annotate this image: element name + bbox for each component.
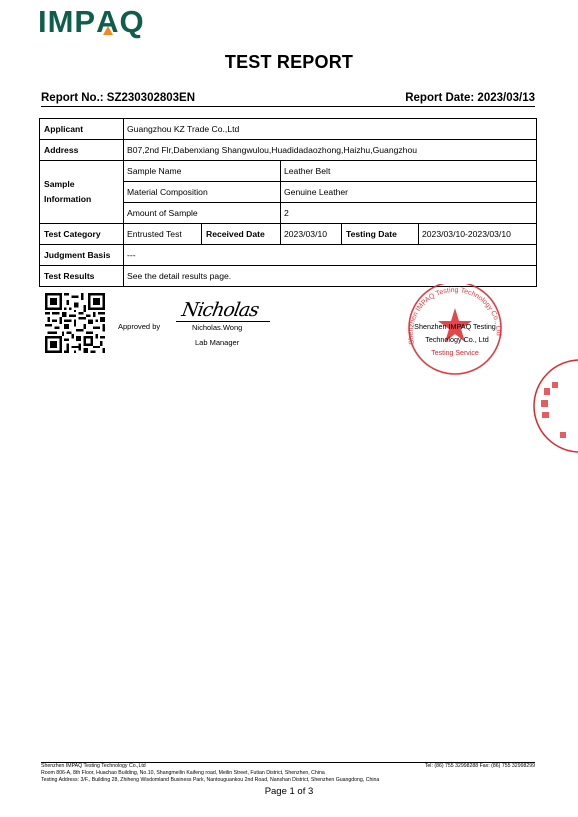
received-date-value: 2023/03/10 <box>281 224 342 245</box>
test-results-label: Test Results <box>40 266 124 287</box>
qr-code-icon[interactable] <box>45 293 105 353</box>
test-category-label: Test Category <box>40 224 124 245</box>
stamp-line-1: Shenzhen IMPAQ Testing <box>414 322 496 331</box>
amount-of-sample-value: 2 <box>281 203 537 224</box>
table-row-test-category: Test Category Entrusted Test Received Da… <box>40 224 537 245</box>
address-value: B07,2nd Flr,Dabenxiang Shangwulou,Huadid… <box>124 140 537 161</box>
table-row-applicant: Applicant Guangzhou KZ Trade Co.,Ltd <box>40 119 537 140</box>
test-category-value: Entrusted Test <box>124 224 202 245</box>
sample-name-value: Leather Belt <box>281 161 537 182</box>
sample-information-label: Sample Information <box>40 161 124 224</box>
stamp-line-3: Testing Service <box>431 350 479 357</box>
stamp-line-2: Technology Co., Ltd <box>425 335 489 344</box>
address-label: Address <box>40 140 124 161</box>
page-number: Page 1 of 3 <box>0 786 578 797</box>
received-date-label: Received Date <box>202 224 281 245</box>
logo-orange-triangle-icon <box>103 26 113 35</box>
logo-letter-a: A <box>96 5 119 39</box>
logo-text-q: Q <box>120 4 145 39</box>
report-info-table: Applicant Guangzhou KZ Trade Co.,Ltd Add… <box>39 118 537 287</box>
footer-testing-address: Testing Address: 3/F., Building 28, Zhih… <box>41 777 379 785</box>
judgment-basis-value: --- <box>124 245 537 266</box>
judgment-basis-label: Judgment Basis <box>40 245 124 266</box>
applicant-value: Guangzhou KZ Trade Co.,Ltd <box>124 119 537 140</box>
signature-line <box>176 321 270 322</box>
signature: Nicholas <box>180 299 260 321</box>
material-composition-value: Genuine Leather <box>281 182 537 203</box>
approver-title: Lab Manager <box>195 338 239 347</box>
report-header: Report No.: SZ230302803EN Report Date: 2… <box>41 92 535 107</box>
testing-date-value: 2023/03/10-2023/03/10 <box>419 224 537 245</box>
approver-name: Nicholas.Wong <box>192 323 242 332</box>
document-title: TEST REPORT <box>0 52 578 73</box>
table-row-address: Address B07,2nd Flr,Dabenxiang Shangwulo… <box>40 140 537 161</box>
approved-by-label: Approved by <box>118 322 160 331</box>
partial-seal-stamp-icon <box>530 358 578 454</box>
testing-date-label: Testing Date <box>342 224 419 245</box>
report-number: Report No.: SZ230302803EN <box>41 92 195 104</box>
logo-text-imp: IMP <box>38 4 96 39</box>
company-seal-stamp-icon: Shenzhen IMPAQ Testing Technology Co., L… <box>400 284 508 376</box>
applicant-label: Applicant <box>40 119 124 140</box>
material-composition-label: Material Composition <box>124 182 281 203</box>
impaq-logo: IMPAQ <box>38 5 145 39</box>
table-row-sample-name: Sample Information Sample Name Leather B… <box>40 161 537 182</box>
report-date: Report Date: 2023/03/13 <box>405 92 535 104</box>
amount-of-sample-label: Amount of Sample <box>124 203 281 224</box>
footer-contact: Tel: (86) 755 32998288 Fax: (86) 755 329… <box>425 763 535 771</box>
table-row-judgment-basis: Judgment Basis --- <box>40 245 537 266</box>
sample-name-label: Sample Name <box>124 161 281 182</box>
